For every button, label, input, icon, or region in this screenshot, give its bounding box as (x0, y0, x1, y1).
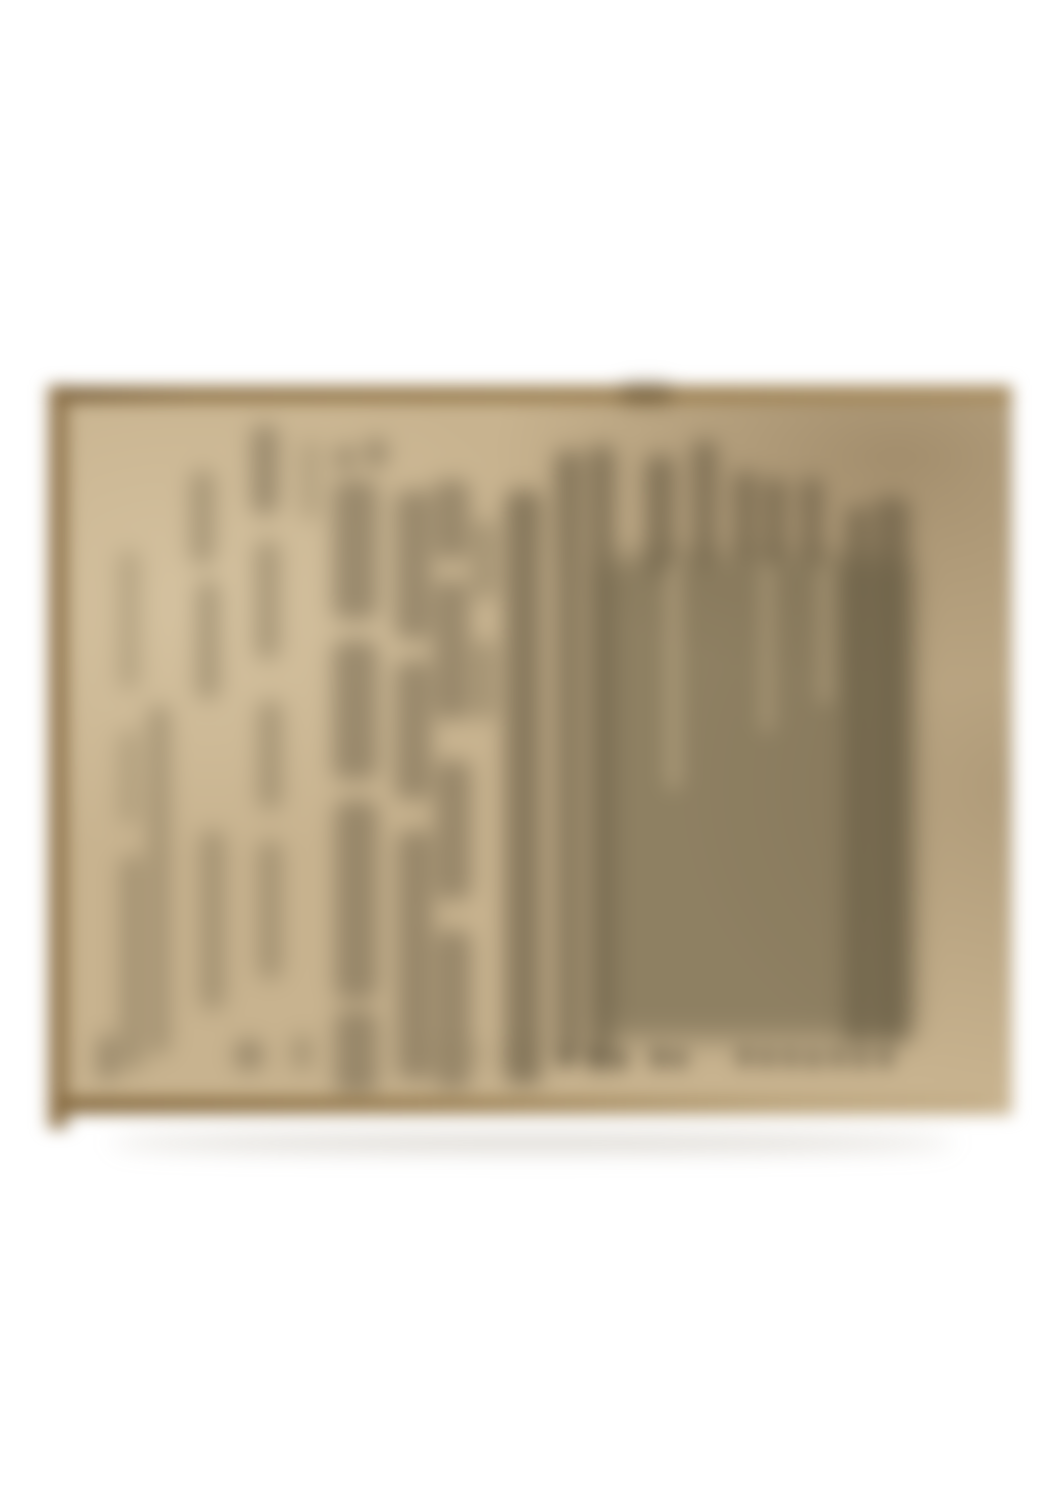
blurred-text-streak (800, 477, 823, 567)
blurred-text-streak (762, 563, 772, 733)
blurred-text-streak (470, 520, 497, 600)
blurred-text-streak (292, 1035, 312, 1070)
blurred-text-streak (258, 700, 282, 810)
blurred-text-streak (433, 580, 470, 720)
blurred-text-streak (737, 1047, 753, 1067)
blurred-text-streak (672, 1049, 687, 1069)
blurred-text-streak (733, 470, 757, 565)
blurred-text-streak (300, 440, 320, 520)
blurred-text-streak (620, 385, 672, 403)
blurred-text-streak (118, 550, 140, 690)
blurred-text-streak (435, 760, 471, 900)
blurred-text-streak (252, 425, 278, 515)
blurred-text-streak (365, 438, 387, 468)
blurred-text-streak (435, 930, 471, 1090)
blurred-text-streak (505, 1045, 535, 1063)
blurred-text-streak (333, 640, 378, 780)
blurred-text-streak (397, 830, 433, 1080)
blurred-text-streak (428, 1045, 483, 1063)
blurred-text-streak (763, 477, 787, 567)
blurred-text-streak (853, 1049, 868, 1069)
blurred-text-streak (255, 540, 280, 660)
blurred-text-streak (395, 660, 432, 800)
blurred-text-streak (433, 480, 470, 560)
blurred-text-streak (148, 705, 170, 1055)
blurred-text-streak (806, 1049, 821, 1069)
blurred-text-streak (830, 1048, 845, 1068)
blurred-text-streak (335, 800, 378, 1000)
blurred-text-streak (783, 1048, 798, 1068)
page-left-edge (44, 385, 74, 1129)
blurred-text-streak (612, 1050, 628, 1070)
blurred-text-streak (555, 450, 582, 1060)
blurred-text-streak (235, 1040, 263, 1070)
blurred-text-streak (196, 580, 220, 700)
blurred-text-streak (650, 1047, 668, 1069)
blurred-text-streak (118, 730, 140, 825)
blurred-text-streak (98, 1035, 118, 1080)
blurred-text-streak (200, 830, 225, 1010)
blurred-text-streak (820, 565, 830, 705)
blurred-text-streak (335, 1010, 378, 1095)
blurred-text-streak (692, 440, 717, 570)
blurred-text-layer (50, 385, 1012, 1115)
photo-background (0, 0, 1062, 1506)
blurred-text-streak (505, 490, 542, 1085)
blurred-text-streak (120, 855, 144, 1070)
blurred-text-streak (395, 490, 432, 640)
blurred-text-streak (335, 445, 355, 471)
blurred-text-streak (598, 555, 912, 1040)
blurred-text-streak (190, 470, 215, 565)
blurred-document-photo (50, 385, 1012, 1175)
blurred-text-streak (877, 1048, 893, 1068)
page-shadow (110, 1137, 955, 1149)
blurred-text-streak (667, 560, 680, 790)
blurred-text-streak (258, 840, 282, 980)
blurred-text-streak (588, 1048, 604, 1068)
blurred-text-streak (558, 1048, 574, 1068)
blurred-text-streak (760, 1048, 775, 1068)
page-bottom-edge (54, 1097, 988, 1113)
blurred-text-streak (333, 480, 378, 620)
blurred-text-streak (470, 640, 497, 720)
